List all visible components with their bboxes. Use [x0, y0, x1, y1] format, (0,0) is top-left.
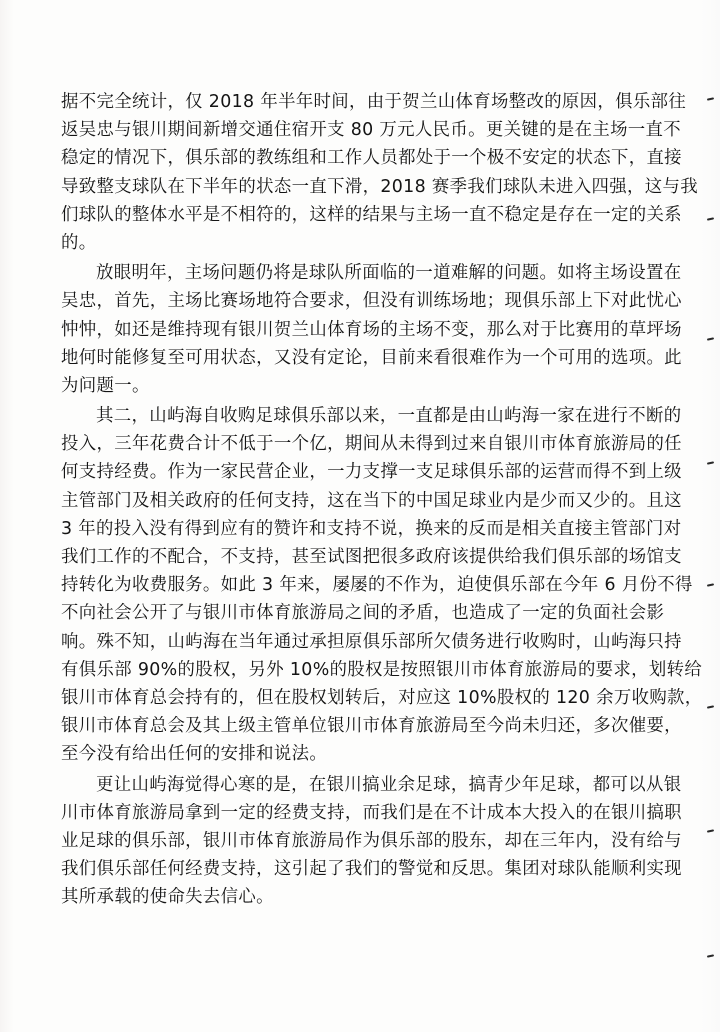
paragraph-1: 据不完全统计，仅 2018 年半年时间，由于贺兰山体育场整改的原因，俱乐部往 返…	[61, 88, 661, 257]
text-line: 我们工作的不配合，不支持，甚至试图把很多政府该提供给我们俱乐部的场馆支	[61, 543, 661, 571]
text-line: 忡忡，如还是维持现有银川贺兰山体育场的主场不变，那么对于比赛用的草坪场	[61, 316, 661, 344]
document-body: 据不完全统计，仅 2018 年半年时间，由于贺兰山体育场整改的原因，俱乐部往 返…	[61, 88, 661, 911]
paragraph-3: 其二，山屿海自收购足球俱乐部以来，一直都是由山屿海一家在进行不断的 投入，三年花…	[61, 402, 661, 768]
paragraph-2: 放眼明年，主场问题仍将是球队所面临的一道难解的问题。如将主场设置在 吴忠，首先，…	[61, 259, 661, 400]
text-line: 返吴忠与银川期间新增交通住宿开支 80 万元人民币。更关键的是在主场一直不	[61, 116, 661, 144]
scanned-page: 据不完全统计，仅 2018 年半年时间，由于贺兰山体育场整改的原因，俱乐部往 返…	[0, 0, 720, 1032]
text-line: 的。	[61, 229, 661, 257]
text-line: 持转化为收费服务。如此 3 年来，屡屡的不作为，迫使俱乐部在今年 6 月份不得	[61, 571, 661, 599]
text-line: 我们俱乐部任何经费支持，这引起了我们的警觉和反思。集团对球队能顺利实现	[61, 855, 661, 883]
text-line: 响。殊不知，山屿海在当年通过承担原俱乐部所欠债务进行收购时，山屿海只持	[61, 628, 661, 656]
text-line: 银川市体育总会及其上级主管单位银川市体育旅游局至今尚未归还，多次催要，	[61, 712, 661, 740]
text-line: 们球队的整体水平是不相符的，这样的结果与主场一直不稳定是存在一定的关系	[61, 201, 661, 229]
margin-dash-mark	[707, 954, 714, 957]
paragraph-4: 更让山屿海觉得心寒的是，在银川搞业余足球，搞青少年足球，都可以从银 川市体育旅游…	[61, 771, 661, 912]
text-line: 不向社会公开了与银川市体育旅游局之间的矛盾，也造成了一定的负面社会影	[61, 599, 661, 627]
text-line: 3 年的投入没有得到应有的赞许和支持不说，换来的反而是相关直接主管部门对	[61, 515, 661, 543]
margin-dash-mark	[707, 97, 714, 100]
text-line: 其所承载的使命失去信心。	[61, 883, 661, 911]
text-line: 稳定的情况下，俱乐部的教练组和工作人员都处于一个极不安定的状态下，直接	[61, 144, 661, 172]
text-line: 银川市体育总会持有的，但在股权划转后，对应这 10%股权的 120 余万收购款，	[61, 684, 661, 712]
text-line: 业足球的俱乐部，银川市体育旅游局作为俱乐部的股东，却在三年内，没有给与	[61, 827, 661, 855]
text-line: 投入，三年花费合计不低于一个亿，期间从未得到过来自银川市体育旅游局的任	[61, 430, 661, 458]
text-line: 地何时能修复至可用状态，又没有定论，目前来看很难作为一个可用的选项。此	[61, 344, 661, 372]
margin-dash-mark	[707, 461, 714, 464]
text-line: 为问题一。	[61, 372, 661, 400]
text-line: 放眼明年，主场问题仍将是球队所面临的一道难解的问题。如将主场设置在	[61, 259, 661, 287]
margin-dash-mark	[707, 337, 714, 340]
margin-dash-mark	[707, 217, 714, 220]
text-line: 何支持经费。作为一家民营企业，一力支撑一支足球俱乐部的运营而得不到上级	[61, 458, 661, 486]
text-line: 至今没有给出任何的安排和说法。	[61, 740, 661, 768]
margin-dash-mark	[707, 705, 714, 708]
margin-dash-mark	[707, 583, 714, 586]
text-line: 主管部门及相关政府的任何支持，这在当下的中国足球业内是少而又少的。且这	[61, 487, 661, 515]
text-line: 更让山屿海觉得心寒的是，在银川搞业余足球，搞青少年足球，都可以从银	[61, 771, 661, 799]
text-line: 其二，山屿海自收购足球俱乐部以来，一直都是由山屿海一家在进行不断的	[61, 402, 661, 430]
text-line: 川市体育旅游局拿到一定的经费支持，而我们是在不计成本大投入的在银川搞职	[61, 799, 661, 827]
text-line: 有俱乐部 90%的股权，另外 10%的股权是按照银川市体育旅游局的要求，划转给	[61, 656, 661, 684]
text-line: 据不完全统计，仅 2018 年半年时间，由于贺兰山体育场整改的原因，俱乐部往	[61, 88, 661, 116]
margin-dash-mark	[707, 829, 714, 832]
text-line: 导致整支球队在下半年的状态一直下滑，2018 赛季我们球队未进入四强，这与我	[61, 173, 661, 201]
text-line: 吴忠，首先，主场比赛场地符合要求，但没有训练场地；现俱乐部上下对此忧心	[61, 287, 661, 315]
